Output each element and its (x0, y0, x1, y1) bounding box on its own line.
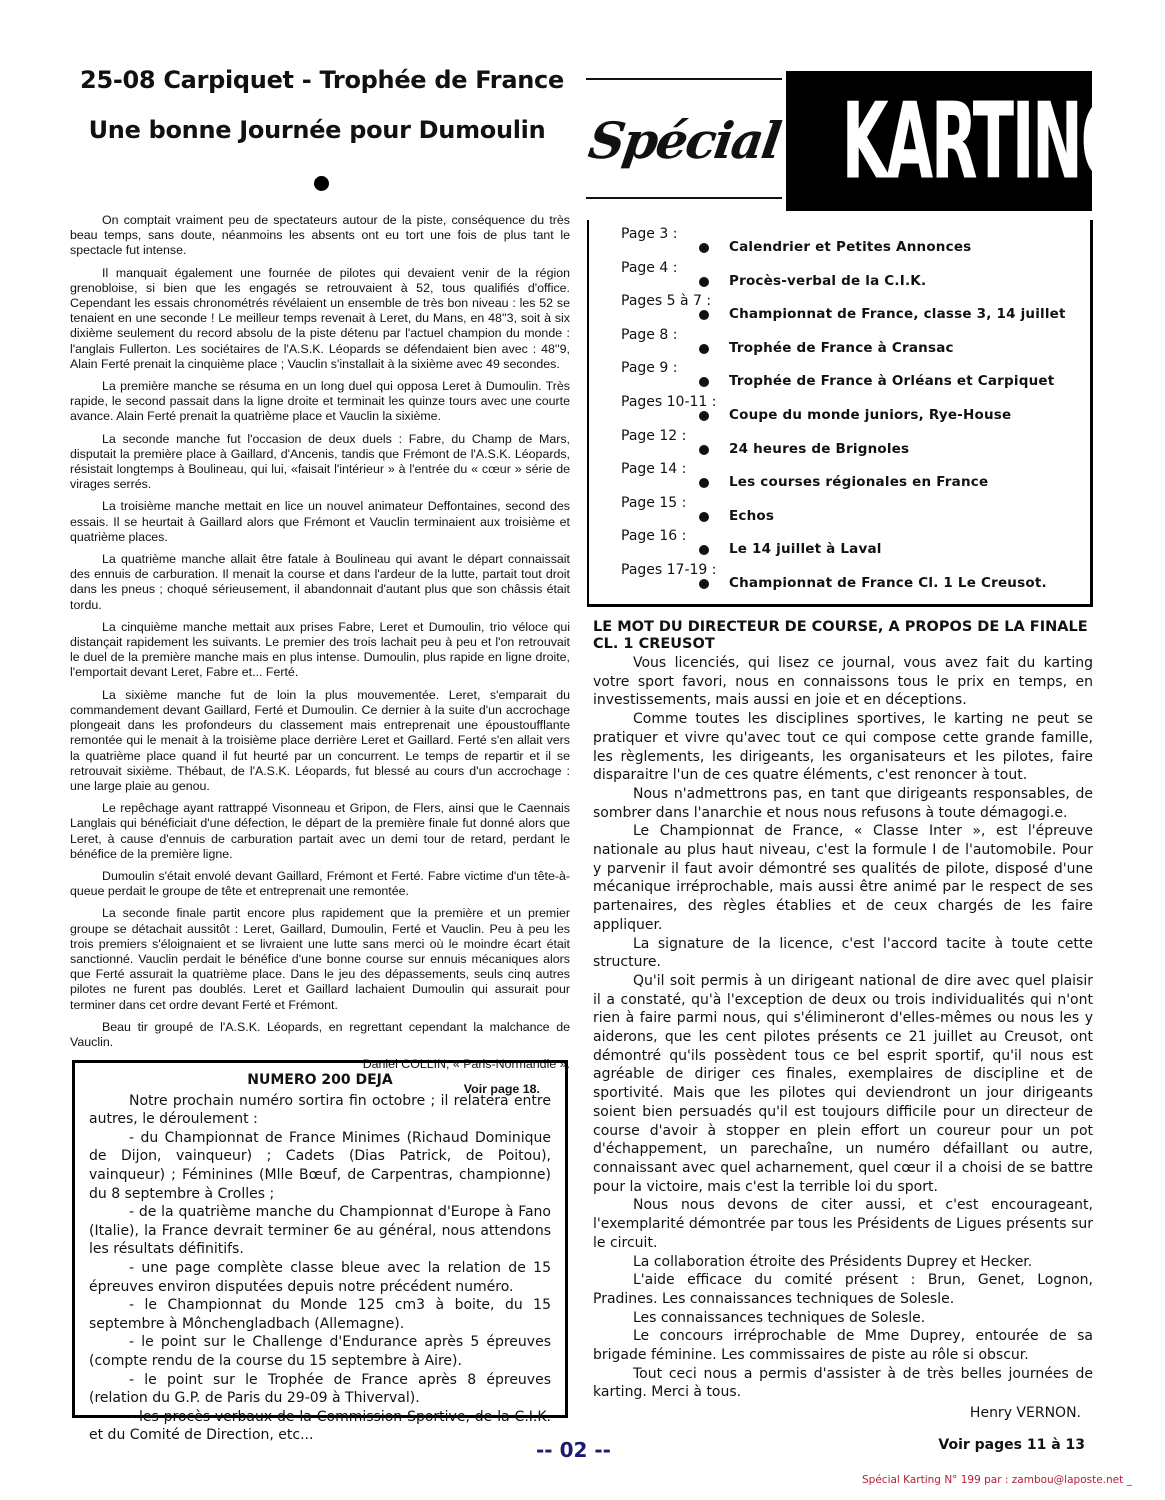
director-paragraph: L'aide efficace du comité présent : Brun… (593, 1271, 1093, 1308)
toc-title: 24 heures de Brignoles (729, 441, 909, 457)
toc-page: Page 16 : (621, 528, 686, 544)
toc-item[interactable]: Page 12 :24 heures de Brignoles (589, 422, 1090, 456)
toc-page: Pages 10-11 : (621, 394, 716, 410)
article-paragraph: La cinquième manche mettait aux prises F… (70, 620, 570, 681)
article-paragraph: La sixième manche fut de loin la plus mo… (70, 688, 570, 794)
toc-title: Calendrier et Petites Annonces (729, 239, 971, 255)
toc-title: Championnat de France, classe 3, 14 juil… (729, 306, 1066, 322)
bullet-icon (699, 377, 709, 387)
masthead-special-script: Spécial (578, 86, 789, 196)
table-of-contents: Page 3 :Calendrier et Petites Annonces P… (587, 220, 1093, 607)
director-signature: Henry VERNON. (593, 1404, 1093, 1423)
article-paragraph: Il manquait également une fournée de pil… (70, 266, 570, 372)
bullet-icon (699, 478, 709, 488)
toc-item[interactable]: Page 3 :Calendrier et Petites Annonces (589, 220, 1090, 254)
toc-title: Procès-verbal de la C.I.K. (729, 273, 926, 289)
toc-page: Pages 17-19 : (621, 562, 716, 578)
toc-item[interactable]: Pages 10-11 :Coupe du monde juniors, Rye… (589, 388, 1090, 422)
director-paragraph: Comme toutes les disciplines sportives, … (593, 710, 1093, 785)
bullet-icon (699, 310, 709, 320)
article-paragraph: La troisième manche mettait en lice un n… (70, 499, 570, 545)
toc-page: Page 8 : (621, 327, 677, 343)
numero-200-box: NUMERO 200 DEJA Notre prochain numéro so… (72, 1060, 568, 1418)
box-paragraph: - le point sur le Challenge d'Endurance … (89, 1333, 551, 1370)
toc-page: Pages 5 à 7 : (621, 293, 711, 309)
article-paragraph: La seconde finale partit encore plus rap… (70, 906, 570, 1012)
director-paragraph: La collaboration étroite des Présidents … (593, 1253, 1093, 1272)
scan-credit: Spécial Karting N° 199 par : zambou@lapo… (862, 1474, 1132, 1486)
toc-page: Page 12 : (621, 428, 686, 444)
article-paragraph: La première manche se résuma en un long … (70, 379, 570, 425)
director-paragraph: Le concours irréprochable de Mme Duprey,… (593, 1327, 1093, 1364)
box-title: NUMERO 200 DEJA (89, 1071, 551, 1090)
toc-title: Trophée de France à Orléans et Carpiquet (729, 373, 1054, 389)
director-paragraph: Nous nous devons de citer aussi, et c'es… (593, 1196, 1093, 1252)
bullet-icon (699, 243, 709, 253)
toc-page: Page 9 : (621, 360, 677, 376)
toc-page: Page 3 : (621, 226, 677, 242)
toc-item[interactable]: Pages 17-19 :Championnat de France Cl. 1… (589, 556, 1090, 590)
bullet-dot-icon (314, 176, 329, 191)
director-paragraph: Les connaissances techniques de Solesle. (593, 1309, 1093, 1328)
toc-item[interactable]: Page 14 :Les courses régionales en Franc… (589, 455, 1090, 489)
bullet-icon (699, 545, 709, 555)
toc-item[interactable]: Page 4 :Procès-verbal de la C.I.K. (589, 254, 1090, 288)
box-paragraph: - les procès-verbaux de la Commission Sp… (89, 1408, 551, 1445)
director-paragraph: Qu'il soit permis à un dirigeant nationa… (593, 972, 1093, 1196)
director-paragraph: La signature de la licence, c'est l'acco… (593, 935, 1093, 972)
toc-item[interactable]: Page 9 :Trophée de France à Orléans et C… (589, 354, 1090, 388)
article-paragraph: Le repêchage ayant rattrappé Visonneau e… (70, 801, 570, 862)
article-paragraph: On comptait vraiment peu de spectateurs … (70, 213, 570, 259)
masthead-rule-bottom (586, 197, 782, 199)
toc-page: Page 15 : (621, 495, 686, 511)
toc-title: Coupe du monde juniors, Rye-House (729, 407, 1011, 423)
toc-title: Championnat de France Cl. 1 Le Creusot. (729, 575, 1047, 591)
toc-page: Page 4 : (621, 260, 677, 276)
headline-event: 25-08 Carpiquet - Trophée de France (62, 66, 582, 94)
bullet-icon (699, 579, 709, 589)
toc-title: Le 14 juillet à Laval (729, 541, 882, 557)
masthead-karting-logo: KARTING (786, 71, 1092, 211)
bullet-icon (699, 512, 709, 522)
box-paragraph: Notre prochain numéro sortira fin octobr… (89, 1092, 551, 1129)
toc-title: Echos (729, 508, 774, 524)
box-paragraph: - le Championnat du Monde 125 cm3 à boit… (89, 1296, 551, 1333)
article-paragraph: La seconde manche fut l'occasion de deux… (70, 432, 570, 493)
article-paragraph: Beau tir groupé de l'A.S.K. Léopards, en… (70, 1020, 570, 1050)
toc-item[interactable]: Pages 5 à 7 :Championnat de France, clas… (589, 287, 1090, 321)
toc-item[interactable]: Page 8 :Trophée de France à Cransac (589, 321, 1090, 355)
toc-item[interactable]: Page 15 :Echos (589, 489, 1090, 523)
headline-title: Une bonne Journée pour Dumoulin (62, 116, 572, 144)
director-title: LE MOT DU DIRECTEUR DE COURSE, A PROPOS … (593, 619, 1093, 653)
box-paragraph: - une page complète classe bleue avec la… (89, 1259, 551, 1296)
toc-item[interactable]: Page 16 :Le 14 juillet à Laval (589, 522, 1090, 556)
masthead-rule-top (586, 78, 782, 80)
director-paragraph: Nous n'admettrons pas, en tant que dirig… (593, 785, 1093, 822)
bullet-icon (699, 344, 709, 354)
toc-title: Les courses régionales en France (729, 474, 988, 490)
box-paragraph: - du Championnat de France Minimes (Rich… (89, 1129, 551, 1203)
bullet-icon (699, 411, 709, 421)
box-paragraph: - de la quatrième manche du Championnat … (89, 1203, 551, 1259)
article-director: LE MOT DU DIRECTEUR DE COURSE, A PROPOS … (593, 619, 1093, 1455)
director-paragraph: Vous licenciés, qui lisez ce journal, vo… (593, 654, 1093, 710)
director-paragraph: Tout ceci nous a permis d'assister à de … (593, 1365, 1093, 1402)
director-paragraph: Le Championnat de France, « Classe Inter… (593, 822, 1093, 934)
bullet-icon (699, 277, 709, 287)
article-carpiquet: On comptait vraiment peu de spectateurs … (70, 213, 570, 1098)
article-paragraph: La quatrième manche allait être fatale à… (70, 552, 570, 613)
see-pages-link: Voir pages 11 à 13 (593, 1436, 1093, 1455)
toc-page: Page 14 : (621, 461, 686, 477)
box-paragraph: - le point sur le Trophée de France aprè… (89, 1371, 551, 1408)
bullet-icon (699, 445, 709, 455)
karting-logo-text: KARTING (842, 54, 1128, 229)
article-paragraph: Dumoulin s'était envolé devant Gaillard,… (70, 869, 570, 899)
page-number: -- 02 -- (536, 1438, 611, 1462)
toc-title: Trophée de France à Cransac (729, 340, 954, 356)
